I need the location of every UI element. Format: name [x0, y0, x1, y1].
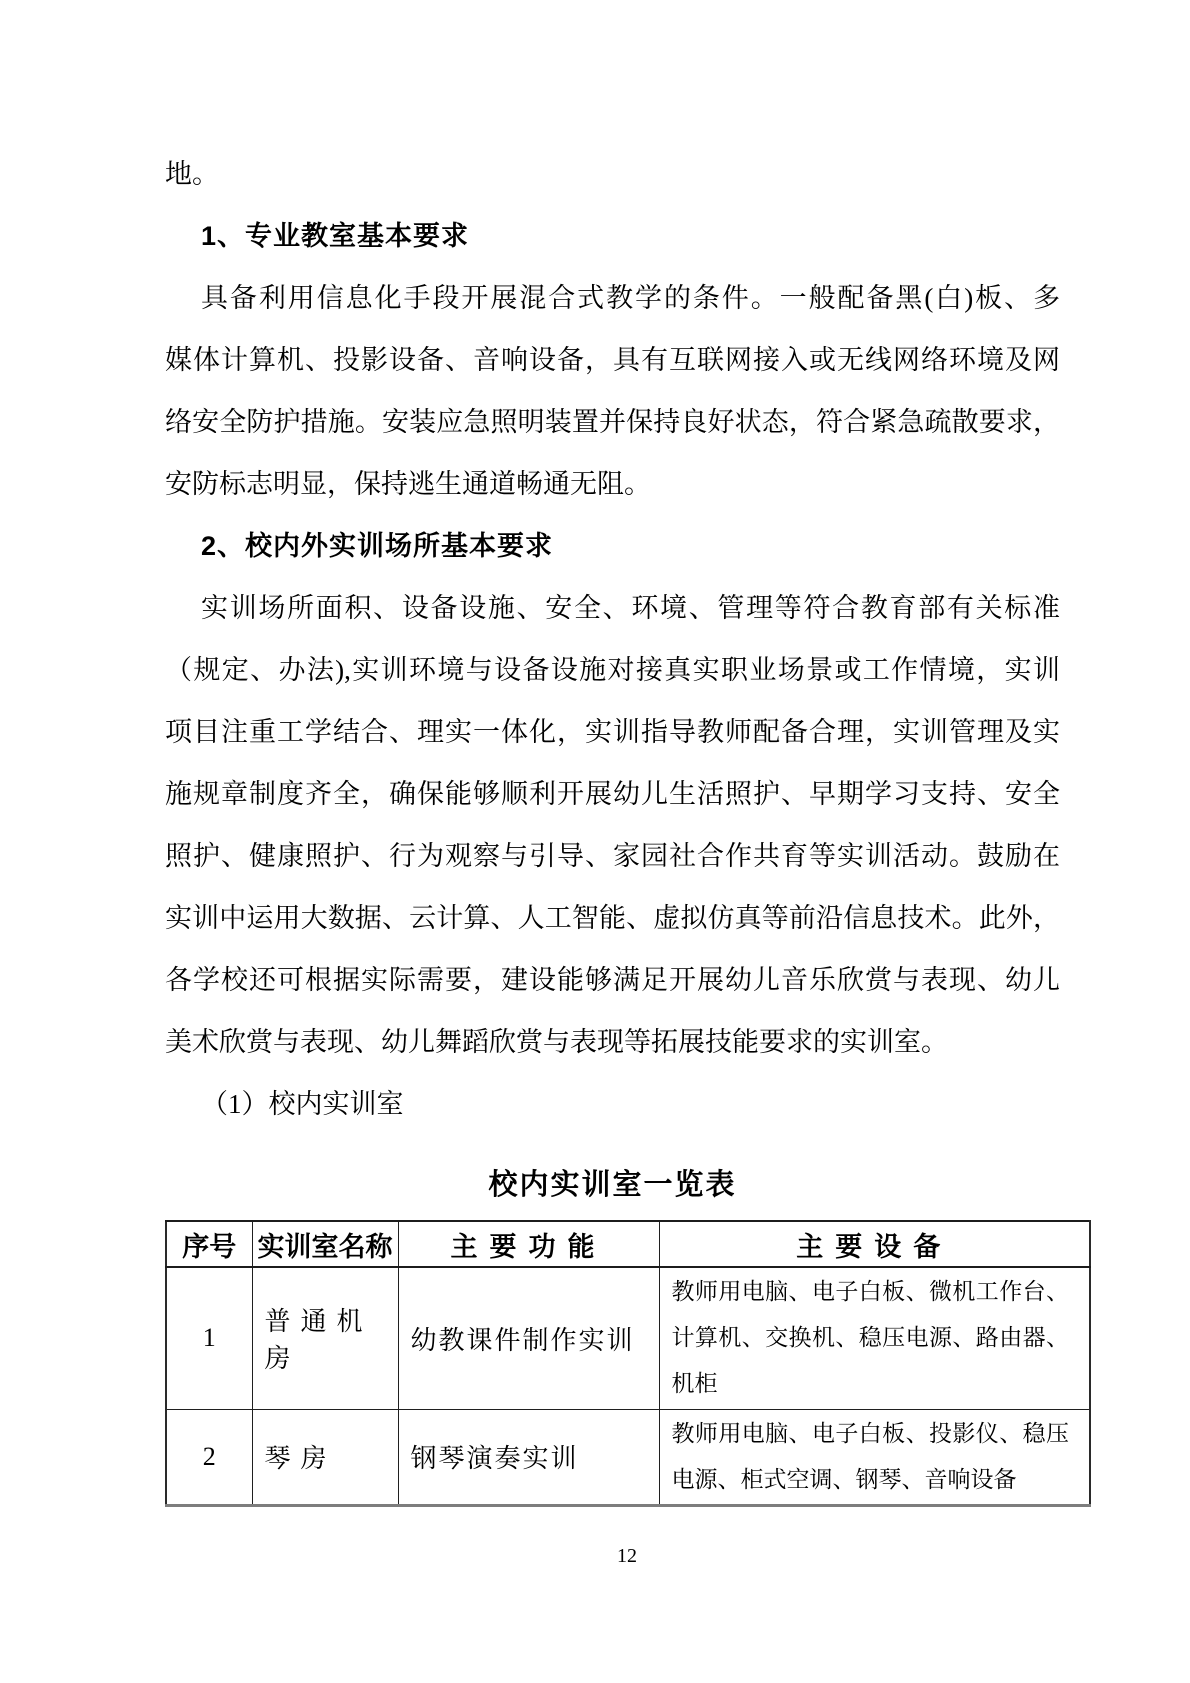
paragraph-line: 各学校还可根据实际需要，建设能够满足开展幼儿音乐欣赏与表现、幼儿: [165, 949, 1060, 1011]
cell-function: 幼教课件制作实训: [398, 1267, 659, 1409]
table-row: 2 琴房 钢琴演奏实训 教师用电脑、电子白板、投影仪、稳压电源、柜式空调、钢琴、…: [166, 1409, 1090, 1505]
table-row: 1 普通机房 幼教课件制作实训 教师用电脑、电子白板、微机工作台、计算机、交换机…: [166, 1267, 1090, 1409]
cell-equipment: 教师用电脑、电子白板、微机工作台、计算机、交换机、稳压电源、路由器、机柜: [659, 1267, 1090, 1409]
paragraph-line: 实训场所面积、设备设施、安全、环境、管理等符合教育部有关标准: [165, 577, 1060, 639]
document-page: 地。 1、专业教室基本要求 具备利用信息化手段开展混合式教学的条件。一般配备黑(…: [0, 0, 1190, 1683]
cell-equipment: 教师用电脑、电子白板、投影仪、稳压电源、柜式空调、钢琴、音响设备: [659, 1409, 1090, 1505]
paragraph-line: 络安全防护措施。安装应急照明装置并保持良好状态，符合紧急疏散要求，: [165, 391, 1060, 453]
paragraph-line: 美术欣赏与表现、幼儿舞蹈欣赏与表现等拓展技能要求的实训室。: [165, 1011, 1060, 1073]
section-heading-2: 2、校内外实训场所基本要求: [165, 515, 1060, 577]
body-text: 地。 1、专业教室基本要求 具备利用信息化手段开展混合式教学的条件。一般配备黑(…: [165, 143, 1060, 1135]
paragraph-line: 照护、健康照护、行为观察与引导、家园社合作共育等实训活动。鼓励在: [165, 825, 1060, 887]
sub-item-heading: （1）校内实训室: [165, 1073, 1060, 1135]
cell-no: 1: [166, 1267, 252, 1409]
paragraph-line: 施规章制度齐全，确保能够顺利开展幼儿生活照护、早期学习支持、安全: [165, 763, 1060, 825]
cell-name: 普通机房: [252, 1267, 398, 1409]
paragraph-line: 实训中运用大数据、云计算、人工智能、虚拟仿真等前沿信息技术。此外，: [165, 887, 1060, 949]
paragraph-tail-line: 地。: [165, 143, 1060, 205]
table-title: 校内实训室一览表: [165, 1160, 1060, 1210]
paragraph-line: 安防标志明显，保持逃生通道畅通无阻。: [165, 453, 1060, 515]
cell-no: 2: [166, 1409, 252, 1505]
cell-function: 钢琴演奏实训: [398, 1409, 659, 1505]
paragraph-line: （规定、办法),实训环境与设备设施对接真实职业场景或工作情境，实训: [165, 639, 1060, 701]
header-cell-equipment: 主要设备: [659, 1221, 1090, 1267]
training-room-table: 序号 实训室名称 主要功能 主要设备 1 普通机房 幼教课件制作实训 教师用电脑…: [165, 1220, 1091, 1507]
paragraph-line: 媒体计算机、投影设备、音响设备，具有互联网接入或无线网络环境及网: [165, 329, 1060, 391]
table-header-row: 序号 实训室名称 主要功能 主要设备: [166, 1221, 1090, 1267]
header-cell-no: 序号: [166, 1221, 252, 1267]
page-number: 12: [165, 1541, 1089, 1571]
cell-name: 琴房: [252, 1409, 398, 1505]
paragraph-line: 具备利用信息化手段开展混合式教学的条件。一般配备黑(白)板、多: [165, 267, 1060, 329]
section-heading-1: 1、专业教室基本要求: [165, 205, 1060, 267]
header-cell-name: 实训室名称: [252, 1221, 398, 1267]
page-content: 地。 1、专业教室基本要求 具备利用信息化手段开展混合式教学的条件。一般配备黑(…: [165, 143, 1089, 1571]
header-cell-function: 主要功能: [398, 1221, 659, 1267]
paragraph-line: 项目注重工学结合、理实一体化，实训指导教师配备合理，实训管理及实: [165, 701, 1060, 763]
